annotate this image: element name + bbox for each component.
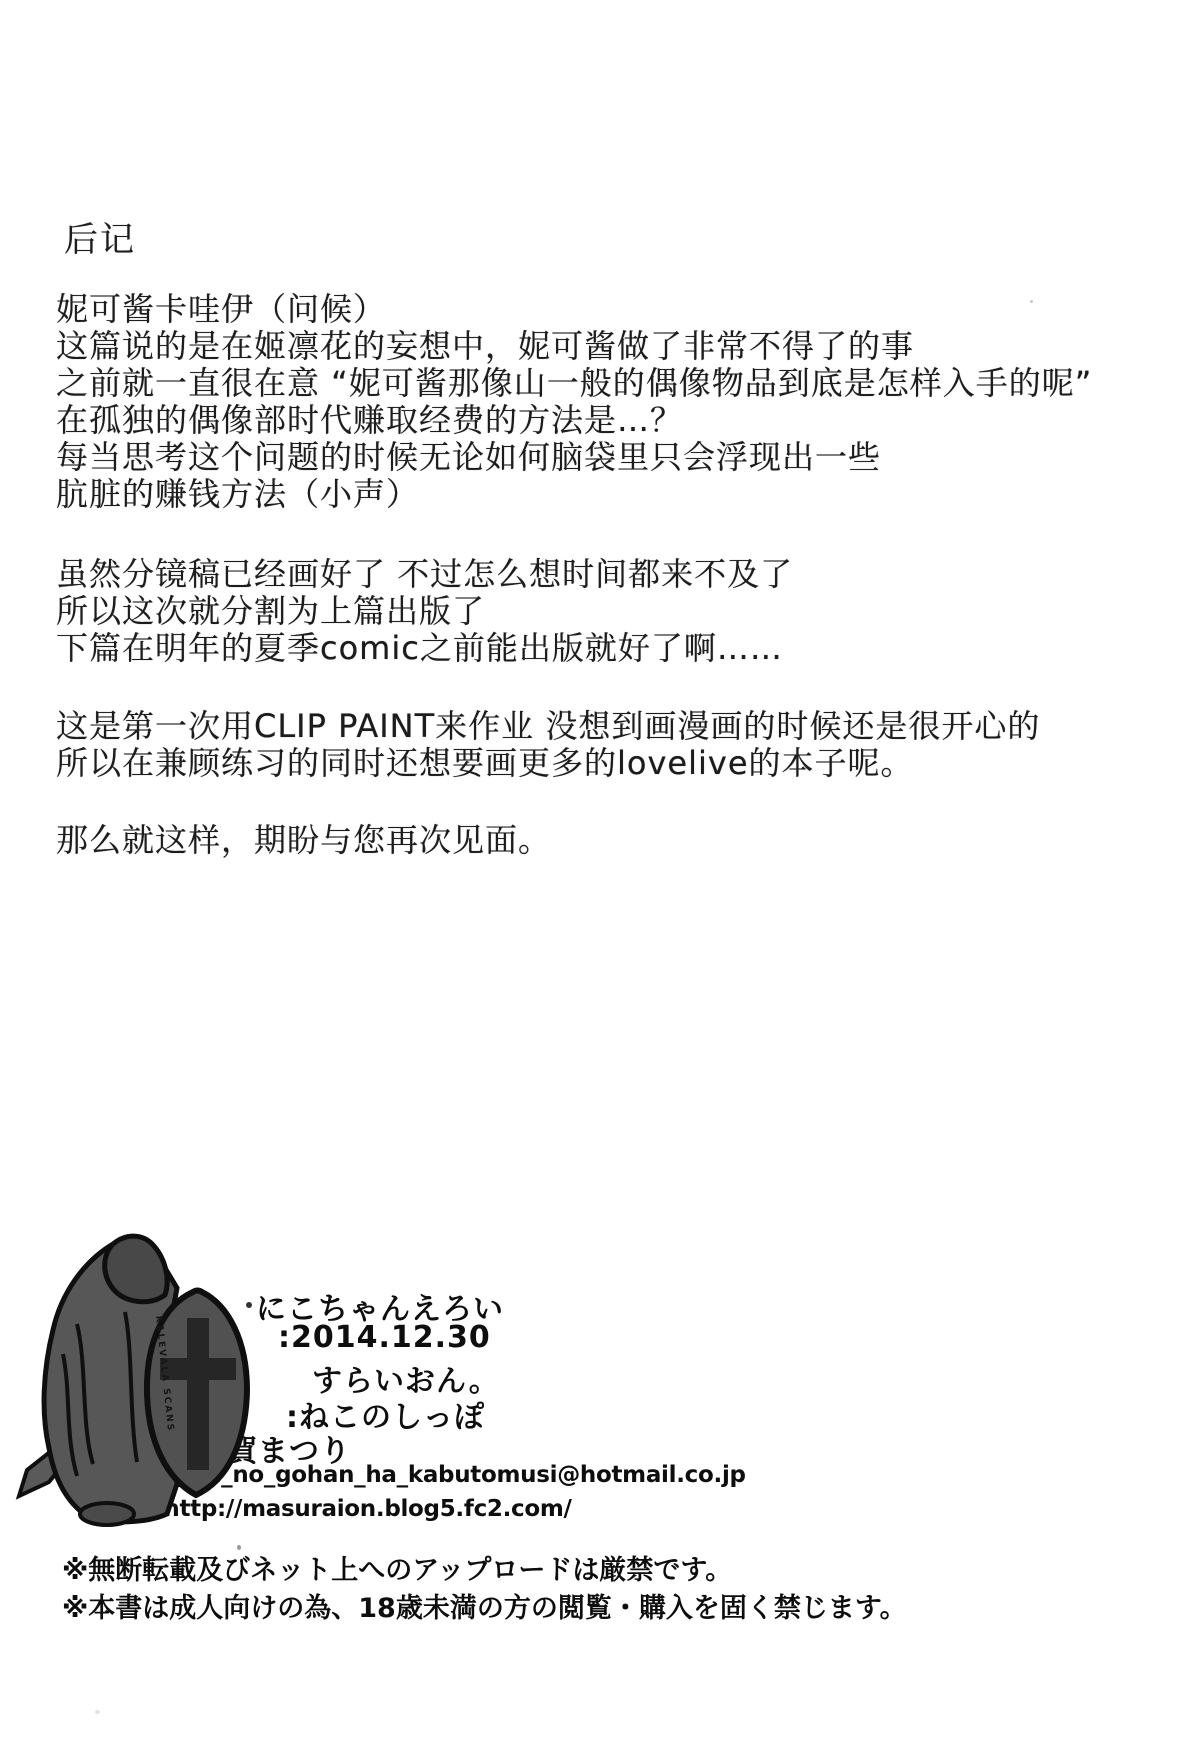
afterword-line: 妮可酱卡哇伊（问候） xyxy=(56,291,1092,328)
afterword-line: 之前就一直很在意 “妮可酱那像山一般的偶像物品到底是怎样入手的呢” xyxy=(56,365,1092,402)
credit-release-date: :2014.12.30 xyxy=(278,1320,491,1355)
scan-speck xyxy=(237,1545,241,1550)
afterword-paragraph-3: 这是第一次用CLIP PAINT来作业 没想到画漫画的时候还是很开心的 所以在兼… xyxy=(56,708,1040,782)
afterword-paragraph-2: 虽然分镜稿已经画好了 不过怎么想时间都来不及了 所以这次就分割为上篇出版了 下篇… xyxy=(56,556,793,667)
afterword-page: 后记 妮可酱卡哇伊（问候） 这篇说的是在姬凛花的妄想中，妮可酱做了非常不得了的事… xyxy=(0,0,1200,1761)
adult-only-notice: ※本書は成人向けの為、18歳未満の方の閲覧・購入を固く禁じます。 xyxy=(62,1586,907,1625)
scan-speck xyxy=(1030,300,1033,303)
knight-foot xyxy=(80,1503,134,1525)
shield-cross-vertical xyxy=(187,1318,209,1470)
credit-circle-fragment: ま xyxy=(294,1356,310,1390)
afterword-line: 这篇说的是在姬凛花的妄想中，妮可酱做了非常不得了的事 xyxy=(56,328,1092,365)
afterword-line: 在孤独的偶像部时代赚取经费的方法是…？ xyxy=(56,402,1092,439)
knight-watermark-image: KALEVALA SCANS xyxy=(15,1232,280,1527)
afterword-line: 下篇在明年的夏季comic之前能出版就好了啊…… xyxy=(56,630,793,667)
scan-speck xyxy=(95,1710,100,1714)
afterword-line: 这是第一次用CLIP PAINT来作业 没想到画漫画的时候还是很开心的 xyxy=(56,708,1040,745)
afterword-line: 所以在兼顾练习的同时还想要画更多的lovelive的本子呢。 xyxy=(56,745,1040,782)
afterword-line: 每当思考这个问题的时候无论如何脑袋里只会浮现出一些 xyxy=(56,439,1092,476)
afterword-line: 虽然分镜稿已经画好了 不过怎么想时间都来不及了 xyxy=(56,556,793,593)
shield-cross-horizontal xyxy=(160,1358,236,1380)
afterword-closing-line: 那么就这样，期盼与您再次见面。 xyxy=(56,822,551,859)
no-reupload-notice: ※無断転載及びネット上へのアップロードは厳禁です。 xyxy=(62,1548,732,1587)
afterword-line: 肮脏的赚钱方法（小声） xyxy=(56,476,1092,513)
knight-hood xyxy=(105,1236,167,1302)
afterword-line: 所以这次就分割为上篇出版了 xyxy=(56,593,793,630)
afterword-title: 后记 xyxy=(64,222,136,259)
afterword-paragraph-1: 妮可酱卡哇伊（问候） 这篇说的是在姬凛花的妄想中，妮可酱做了非常不得了的事 之前… xyxy=(56,291,1092,513)
